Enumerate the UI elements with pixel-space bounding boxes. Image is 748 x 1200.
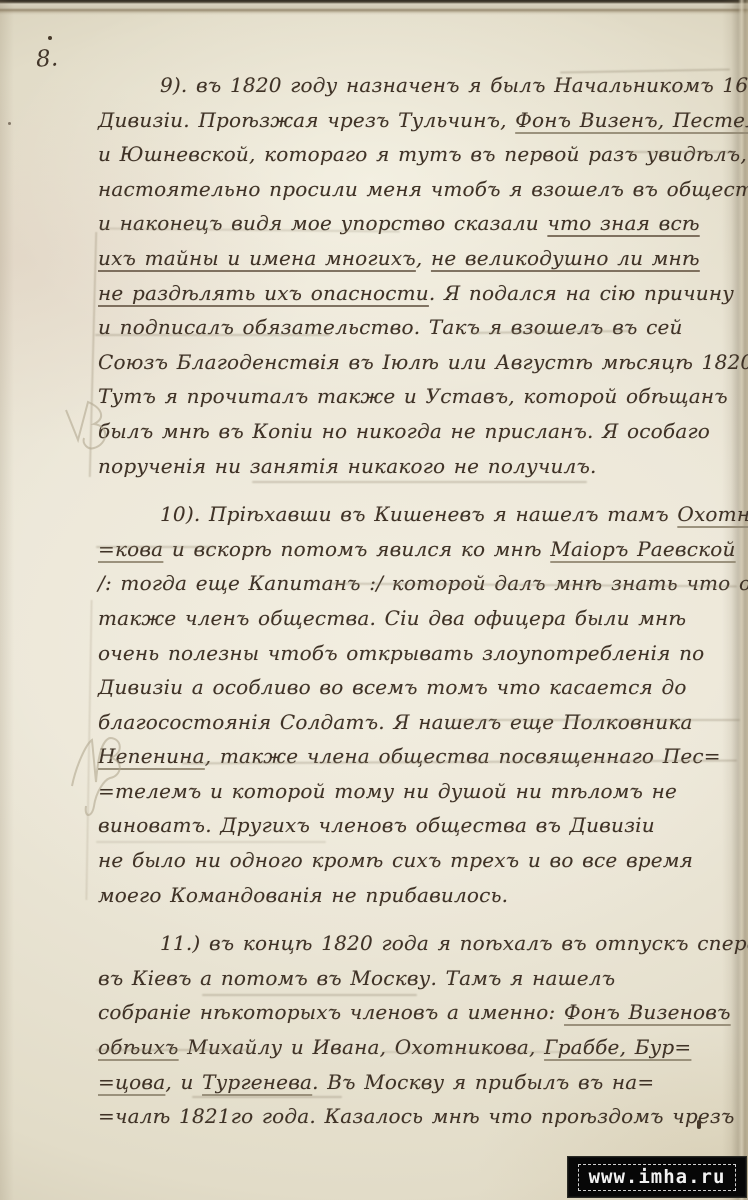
manuscript-line: Союзъ Благоденствія въ Іюлѣ или Августѣ … bbox=[98, 345, 746, 380]
pencil-squiggle-mark bbox=[58, 392, 120, 478]
manuscript-line: Непенина, также члена общества посвященн… bbox=[98, 739, 746, 774]
watermark-text: www.imha.ru bbox=[578, 1164, 737, 1191]
pencil-smudge bbox=[202, 994, 417, 996]
pencil-nb-monogram bbox=[66, 726, 130, 826]
pencil-smudge bbox=[96, 546, 216, 548]
manuscript-line: также членъ общества. Сіи два офицера бы… bbox=[98, 601, 746, 636]
manuscript-line: въ Кіевъ а потомъ въ Москву. Тамъ я наше… bbox=[98, 961, 746, 996]
page-number: 8. bbox=[35, 47, 59, 71]
manuscript-line: Дивизіи а особливо во всемъ томъ что кас… bbox=[98, 670, 746, 705]
manuscript-line: Тутъ я прочиталъ также и Уставъ, которой… bbox=[98, 379, 746, 414]
manuscript-line: и Юшневской, котораго я тутъ въ первой р… bbox=[98, 137, 746, 172]
manuscript-line: очень полезны чтобъ открывать злоупотреб… bbox=[98, 636, 746, 671]
page-left-edge bbox=[0, 0, 14, 1200]
ink-speck bbox=[697, 1120, 701, 1129]
manuscript-line: виноватъ. Другихъ членовъ общества въ Ди… bbox=[98, 808, 746, 843]
pencil-smudge bbox=[96, 1049, 251, 1051]
manuscript-line: и подписалъ обязательство. Такъ я взошел… bbox=[98, 310, 746, 345]
manuscript-line: настоятельно просили меня чтобъ я взошел… bbox=[98, 172, 746, 207]
manuscript-line: 11.) въ концѣ 1820 года я поѣхалъ въ отп… bbox=[98, 926, 746, 961]
manuscript-page: { "page": { "number": "8.", "type_note":… bbox=[0, 0, 748, 1200]
manuscript-line: =кова и вскорѣ потомъ явился ко мнѣ Маіо… bbox=[98, 532, 746, 567]
pencil-smudge bbox=[96, 841, 326, 843]
pencil-smudge bbox=[95, 334, 330, 336]
pencil-smudge bbox=[252, 481, 587, 483]
manuscript-line: и наконецъ видя мое упорство сказали что… bbox=[98, 206, 746, 241]
manuscript-line: =цова, и Тургенева. Въ Москву я прибылъ … bbox=[98, 1065, 746, 1100]
ink-speck bbox=[8, 122, 11, 125]
manuscript-line: порученія ни занятія никакого не получил… bbox=[98, 449, 746, 484]
pencil-smudge bbox=[630, 151, 735, 153]
manuscript-line: 9). въ 1820 году назначенъ я былъ Началь… bbox=[98, 68, 746, 103]
pencil-smudge bbox=[452, 719, 740, 721]
watermark-badge: www.imha.ru bbox=[568, 1157, 746, 1197]
manuscript-line: не раздѣлять ихъ опасности. Я подался на… bbox=[98, 276, 746, 311]
pencil-smudge bbox=[382, 1051, 562, 1053]
manuscript-line: былъ мнѣ въ Копіи но никогда не присланъ… bbox=[98, 414, 746, 449]
manuscript-line: обѣихъ Михайлу и Ивана, Охотникова, Граб… bbox=[98, 1030, 746, 1065]
manuscript-line: ихъ тайны и имена многихъ, не великодушн… bbox=[98, 241, 746, 276]
manuscript-line: =телемъ и которой тому ни душой ни тѣлом… bbox=[98, 774, 746, 809]
manuscript-line: моего Командованія не прибавилось. bbox=[98, 878, 746, 913]
ink-speck bbox=[48, 36, 52, 40]
manuscript-line: =чалѣ 1821го года. Казалось мнѣ что проѣ… bbox=[98, 1099, 746, 1134]
page-top-edge bbox=[0, 0, 748, 15]
manuscript-line: Дивизіи. Проѣзжая чрезъ Тульчинъ, Фонъ В… bbox=[98, 103, 746, 138]
manuscript-line: 10). Пріѣхавши въ Кишеневъ я нашелъ тамъ… bbox=[98, 497, 746, 532]
manuscript-line: благосостоянія Солдатъ. Я нашелъ еще Пол… bbox=[98, 705, 746, 740]
pencil-smudge bbox=[192, 1096, 342, 1098]
manuscript-line: не было ни одного кромѣ сихъ трехъ и во … bbox=[98, 843, 746, 878]
manuscript-line: собраніе нѣкоторыхъ членовъ а именно: Фо… bbox=[98, 995, 746, 1030]
